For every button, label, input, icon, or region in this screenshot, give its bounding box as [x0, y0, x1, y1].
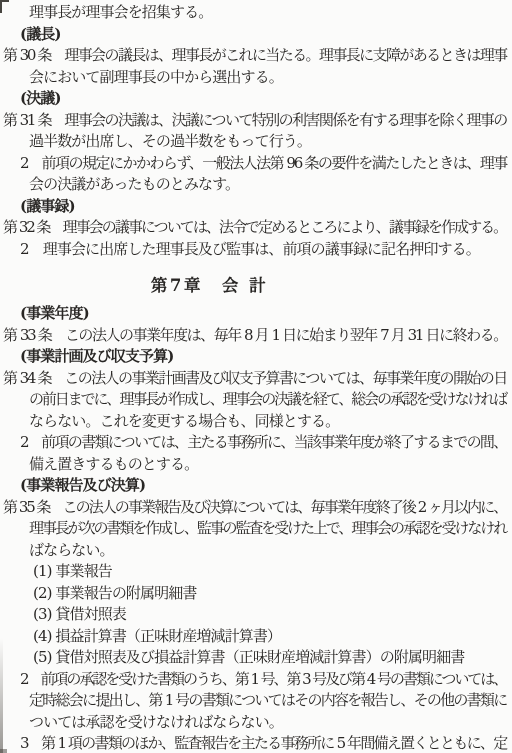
document-line: 理事長が次の書類を作成し、監事の監査を受けた上で、理事会の承認を受けなけれ — [0, 518, 512, 540]
document-line: (事業報告及び決算) — [0, 475, 512, 497]
document-line: 第 30 条 理事会の議長は、理事長がこれに当たる。理事長に支障があるときは理事 — [0, 45, 512, 67]
document-line: ついては承認を受けなければならない。 — [0, 712, 512, 734]
document-line: の前日までに、理事長が作成し、理事会の決議を経て、総会の承認を受けなければ — [0, 389, 512, 411]
document-line: 定時総会に提出し、第 1 号の書類についてはその内容を報告し、その他の書類に — [0, 690, 512, 712]
document-page: 理事長が理事会を招集する。(議長)第 30 条 理事会の議長は、理事長がこれに当… — [0, 0, 512, 753]
document-line: ばならない。 — [0, 540, 512, 562]
document-line: 会において副理事長の中から選出する。 — [0, 67, 512, 89]
document-line: 理事長が理事会を招集する。 — [0, 2, 512, 24]
document-line: 第 33 条 この法人の事業年度は、毎年 8 月 1 日に始まり翌年 7 月 3… — [0, 325, 512, 347]
document-line: (4) 損益計算書（正味財産増減計算書） — [0, 626, 512, 648]
document-line: (5) 貸借対照表及び損益計算書（正味財産増減計算書）の附属明細書 — [0, 647, 512, 669]
document-line: ならない。これを変更する場合も、同様とする。 — [0, 411, 512, 433]
document-line: 2 前項の規定にかかわらず、一般法人法第 96 条の要件を満たしたときは、理事 — [0, 153, 512, 175]
document-line: 第 34 条 この法人の事業計画書及び収支予算書については、毎事業年度の開始の日 — [0, 368, 512, 390]
document-line: 備え置きするものとする。 — [0, 454, 512, 476]
chapter-heading: 第7章 会 計 — [0, 274, 419, 298]
document-line: (2) 事業報告の附属明細書 — [0, 583, 512, 605]
document-line: 過半数が出席し、その過半数をもって行う。 — [0, 131, 512, 153]
document-line: 第 35 条 この法人の事業報告及び決算については、毎事業年度終了後 2 ヶ月以… — [0, 497, 512, 519]
document-line: (議事録) — [0, 196, 512, 218]
document-line: (事業年度) — [0, 303, 512, 325]
document-line: 第 31 条 理事会の決議は、決議について特別の利害関係を有する理事を除く理事の — [0, 110, 512, 132]
document-line: (議長) — [0, 24, 512, 46]
document-line: (3) 貸借対照表 — [0, 604, 512, 626]
document-line: 会の決議があったものとみなす。 — [0, 174, 512, 196]
document-line: 2 前項の承認を受けた書類のうち、第 1 号、第 3 号及び第 4 号の書類につ… — [0, 669, 512, 691]
document-scan: { "colors": { "background": "#fbfbfa", "… — [0, 0, 512, 753]
document-line: 3 第 1 項の書類のほか、監査報告を主たる事務所に 5 年間備え置くとともに、… — [0, 733, 512, 753]
document-line: (決議) — [0, 88, 512, 110]
document-line: 第 32 条 理事会の議事については、法令で定めるところにより、議事録を作成する… — [0, 217, 512, 239]
document-line: 2 前項の書類については、主たる事務所に、当該事業年度が終了するまでの間、 — [0, 432, 512, 454]
document-line: (1) 事業報告 — [0, 561, 512, 583]
document-line: (事業計画及び収支予算) — [0, 346, 512, 368]
document-line: 2 理事会に出席した理事長及び監事は、前項の議事録に記名押印する。 — [0, 239, 512, 261]
